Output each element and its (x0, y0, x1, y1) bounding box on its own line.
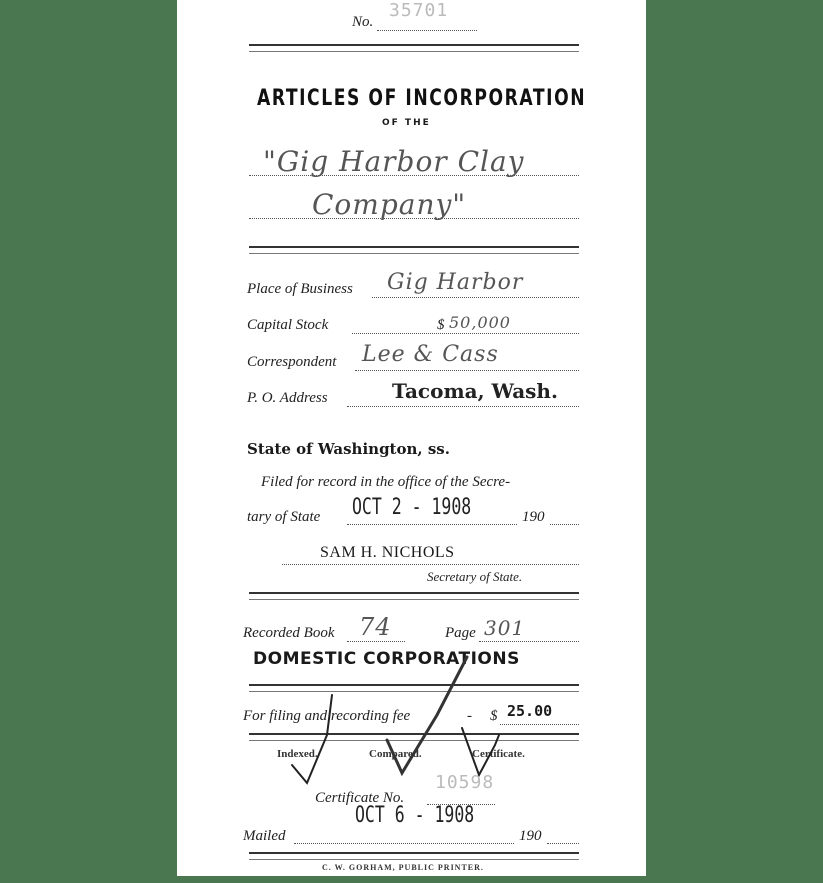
po-address-label: P. O. Address (247, 390, 328, 407)
secretary-title: Secretary of State. (427, 569, 522, 585)
capital-currency: $ (437, 317, 445, 334)
secretary-dots (282, 564, 579, 565)
page-label: Page (445, 625, 476, 642)
recorded-book-dots (347, 641, 405, 642)
indexed-checkmark-icon (287, 695, 337, 790)
filed-year-prefix: 190 (522, 509, 545, 526)
page-value: 301 (484, 616, 525, 640)
mailed-dots (294, 843, 514, 844)
document-number: 35701 (389, 0, 448, 21)
certificate-no-value: 10598 (435, 772, 494, 793)
mailed-date-stamp: OCT 6 - 1908 (355, 803, 474, 828)
document-title: ARTICLES OF INCORPORATION (257, 86, 586, 111)
document-page: No. 35701 ARTICLES OF INCORPORATION OF T… (177, 0, 646, 876)
fee-value: 25.00 (507, 702, 552, 720)
company-name-line1: "Gig Harbor Clay (263, 145, 524, 178)
company-line1-dots (249, 175, 579, 176)
recorded-book-label: Recorded Book (243, 625, 335, 642)
mailed-year-dots (547, 843, 579, 844)
printer-credit: C. W. GORHAM, PUBLIC PRINTER. (322, 863, 484, 872)
secretary-name: SAM H. NICHOLS (320, 544, 455, 562)
filed-date-dots (347, 524, 517, 525)
place-of-business-value: Gig Harbor (387, 270, 523, 295)
correspondent-value: Lee & Cass (362, 342, 499, 367)
document-subtitle: OF THE (382, 118, 431, 128)
correspondent-label: Correspondent (247, 354, 336, 371)
divider-company (249, 246, 579, 254)
capital-stock-value: 50,000 (449, 313, 511, 332)
filed-text-line1: Filed for record in the office of the Se… (261, 474, 510, 491)
state-heading: State of Washington, ss. (247, 440, 450, 458)
filed-year-dots (550, 524, 579, 525)
place-of-business-label: Place of Business (247, 281, 353, 298)
capital-stock-label: Capital Stock (247, 317, 328, 334)
place-dots (372, 297, 579, 298)
filed-date-stamp: OCT 2 - 1908 (352, 495, 471, 520)
divider-bottom (249, 852, 579, 860)
number-label: No. (352, 14, 373, 31)
company-name-line2: Company" (312, 188, 466, 221)
page-dots (479, 641, 579, 642)
company-line2-dots (249, 218, 579, 219)
mailed-year-prefix: 190 (519, 828, 542, 845)
capital-dots (352, 333, 579, 334)
fee-currency: $ (490, 708, 498, 725)
filed-text-line2: tary of State (247, 509, 320, 526)
number-dotted-line (377, 30, 477, 31)
divider-secretary (249, 592, 579, 600)
divider-top (249, 44, 579, 52)
fee-dots (500, 724, 579, 725)
correspondent-dots (355, 370, 579, 371)
mailed-label: Mailed (243, 828, 286, 845)
po-address-value: Tacoma, Wash. (392, 379, 558, 403)
recorded-book-value: 74 (359, 613, 392, 641)
po-address-dots (347, 406, 579, 407)
